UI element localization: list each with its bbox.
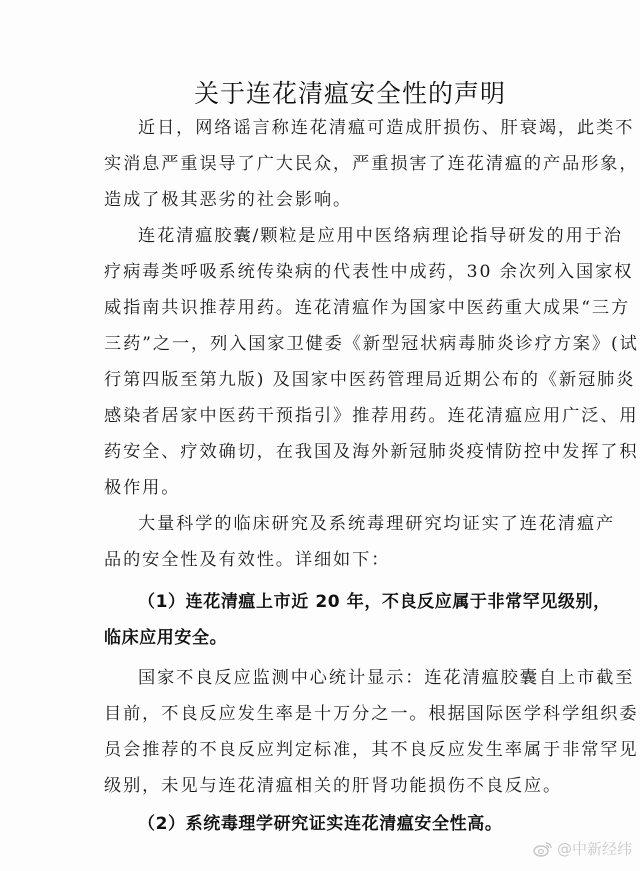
paragraph-line: 药安全、疗效确切，在我国及海外新冠肺炎疫情防控中发挥了积	[104, 440, 554, 464]
section-heading-1-cont: 临床应用安全。	[104, 626, 554, 650]
paragraph-line: 大量科学的临床研究及系统毒理研究均证实了连花清瘟产	[138, 512, 588, 536]
paragraph-line: 员会推荐的不良反应判定标准，其不良反应发生率属于非常罕见	[104, 738, 554, 762]
paragraph-line: 目前，不良反应发生率是十万分之一。根据国际医学科学组织委	[104, 702, 554, 726]
section-heading-2: （2）系统毒理学研究证实连花清瘟安全性高。	[138, 812, 588, 836]
document-title: 关于连花清瘟安全性的声明	[0, 74, 640, 110]
paragraph-line: 品的安全性及有效性。详细如下：	[104, 548, 554, 572]
paragraph-line: 级别，未见与连花清瘟相关的肝肾功能损伤不良反应。	[104, 774, 554, 798]
weibo-icon	[533, 841, 553, 857]
watermark: @中新经纬	[533, 838, 632, 859]
paragraph-line: 威指南共识推荐用药。连花清瘟作为国家中医药重大成果“三方	[104, 296, 554, 320]
paragraph-line: 行第四版至第九版) 及国家中医药管理局近期公布的《新冠肺炎	[104, 368, 554, 392]
section-heading-1: （1）连花清瘟上市近 20 年，不良反应属于非常罕见级别，	[138, 590, 588, 614]
paragraph-line: 近日，网络谣言称连花清瘟可造成肝损伤、肝衰竭，此类不	[138, 116, 588, 140]
paragraph-line: 疗病毒类呼吸系统传染病的代表性中成药，30 余次列入国家权	[104, 260, 554, 284]
paragraph-line: 实消息严重误导了广大民众，严重损害了连花清瘟的产品形象，	[104, 152, 554, 176]
paragraph-line: 极作用。	[104, 476, 554, 500]
paragraph-line: 造成了极其恶劣的社会影响。	[104, 188, 554, 212]
paragraph-line: 三药”之一，列入国家卫健委《新型冠状病毒肺炎诊疗方案》(试	[104, 332, 554, 356]
document-page: 关于连花清瘟安全性的声明 近日，网络谣言称连花清瘟可造成肝损伤、肝衰竭，此类不 …	[0, 0, 640, 871]
paragraph-line: 感染者居家中医药干预指引》推荐用药。连花清瘟应用广泛、用	[104, 404, 554, 428]
watermark-text: @中新经纬	[557, 838, 632, 859]
paragraph-line: 国家不良反应监测中心统计显示：连花清瘟胶囊自上市截至	[138, 666, 588, 690]
paragraph-line: 连花清瘟胶囊/颗粒是应用中医络病理论指导研发的用于治	[138, 224, 588, 248]
